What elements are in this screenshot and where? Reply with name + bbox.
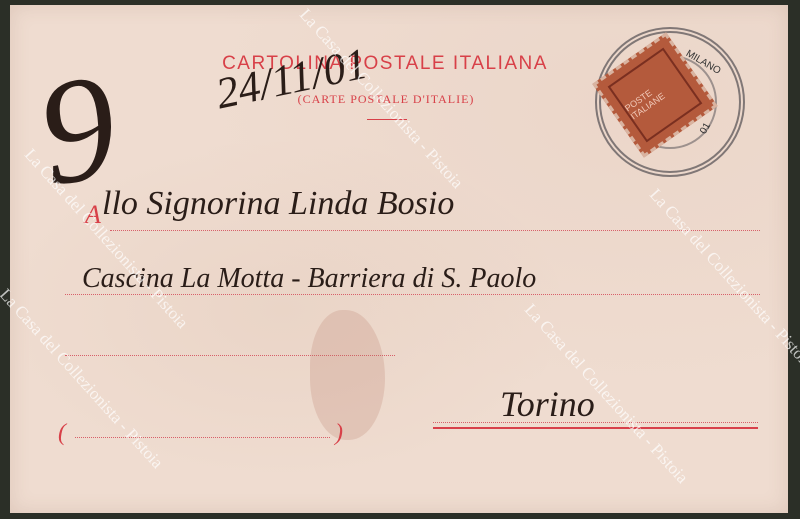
city-underline <box>433 427 758 429</box>
address-text-city: Torino <box>500 383 595 425</box>
paren-open: ( <box>58 420 66 447</box>
city-dotline <box>433 422 758 423</box>
postcard: CARTOLINA POSTALE ITALIANA (CARTE POSTAL… <box>10 5 788 513</box>
address-line-1 <box>110 230 760 231</box>
address-line-4 <box>75 437 330 438</box>
address-text-1: llo Signorina Linda Bosio <box>102 185 454 223</box>
stain <box>310 310 385 440</box>
watermark: La Casa del Collezionista - Pistoia <box>645 185 800 373</box>
paren-close: ) <box>335 420 343 447</box>
watermark: La Casa del Collezionista - Pistoia <box>0 285 167 473</box>
